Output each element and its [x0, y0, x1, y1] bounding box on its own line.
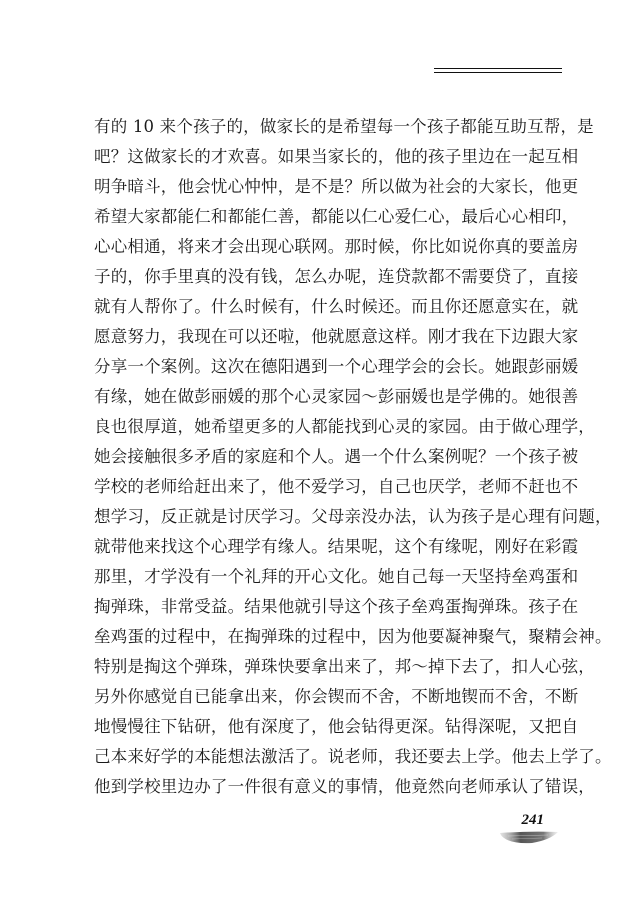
text-line: 有缘，她在做彭丽媛的那个心灵家园～彭丽媛也是学佛的。她很善: [94, 382, 574, 412]
text-line: 吧？这做家长的才欢喜。如果当家长的，他的孩子里边在一起互相: [94, 142, 574, 172]
text-line: 愿意努力，我现在可以还啦，他就愿意这样。刚才我在下边跟大家: [94, 322, 574, 352]
text-line: 良也很厚道，她希望更多的人都能找到心灵的家园。由于做心理学，: [94, 412, 574, 442]
text-line: 想学习，反正就是讨厌学习。父母亲没办法，认为孩子是心理有问题，: [94, 502, 574, 532]
text-line: 心心相通，将来才会出现心联网。那时候，你比如说你真的要盖房: [94, 232, 574, 262]
text-line: 那里，才学没有一个礼拜的开心文化。她自己每一天坚持垒鸡蛋和: [94, 562, 574, 592]
text-line: 他到学校里边办了一件很有意义的事情，他竟然向老师承认了错误，: [94, 772, 574, 802]
page-footer: 241: [498, 812, 570, 852]
text-line: 就带他来找这个心理学有缘人。结果呢，这个有缘呢，刚好在彩霞: [94, 532, 574, 562]
text-line: 子的，你手里真的没有钱，怎么办呢，连贷款都不需要贷了，直接: [94, 262, 574, 292]
text-line: 学校的老师给赶出来了，他不爱学习，自己也厌学，老师不赶也不: [94, 472, 574, 502]
text-line: 分享一个案例。这次在德阳遇到一个心理学会的会长。她跟彭丽媛: [94, 352, 574, 382]
text-line: 明争暗斗，他会忧心忡忡，是不是？所以做为社会的大家长，他更: [94, 172, 574, 202]
text-line: 特别是掏这个弹珠，弹珠快要拿出来了，邦～掉下去了，扣人心弦，: [94, 652, 574, 682]
brush-stroke-icon: [498, 830, 560, 846]
text-line: 就有人帮你了。什么时候有，什么时候还。而且你还愿意实在，就: [94, 292, 574, 322]
text-line: 另外你感觉自已能拿出来，你会锲而不舍，不断地锲而不舍，不断: [94, 682, 574, 712]
text-line: 垒鸡蛋的过程中，在掏弹珠的过程中，因为他要凝神聚气，聚精会神。: [94, 622, 574, 652]
text-line: 掏弹珠，非常受益。结果他就引导这个孩子垒鸡蛋掏弹珠。孩子在: [94, 592, 574, 622]
text-line: 有的 10 来个孩子的，做家长的是希望每一个孩子都能互助互帮，是: [94, 112, 574, 142]
text-line: 地慢慢往下钻研，他有深度了，他会钻得更深。钻得深呢，又把自: [94, 712, 574, 742]
header-double-rule: [434, 68, 562, 73]
text-line: 己本来好学的本能想法激活了。说老师，我还要去上学。他去上学了。: [94, 742, 574, 772]
body-text: 有的 10 来个孩子的，做家长的是希望每一个孩子都能互助互帮，是 吧？这做家长的…: [94, 112, 574, 802]
text-line: 希望大家都能仁和都能仁善，都能以仁心爱仁心，最后心心相印，: [94, 202, 574, 232]
page-number: 241: [522, 812, 545, 829]
text-line: 她会接触很多矛盾的家庭和个人。遇一个什么案例呢？一个孩子被: [94, 442, 574, 472]
